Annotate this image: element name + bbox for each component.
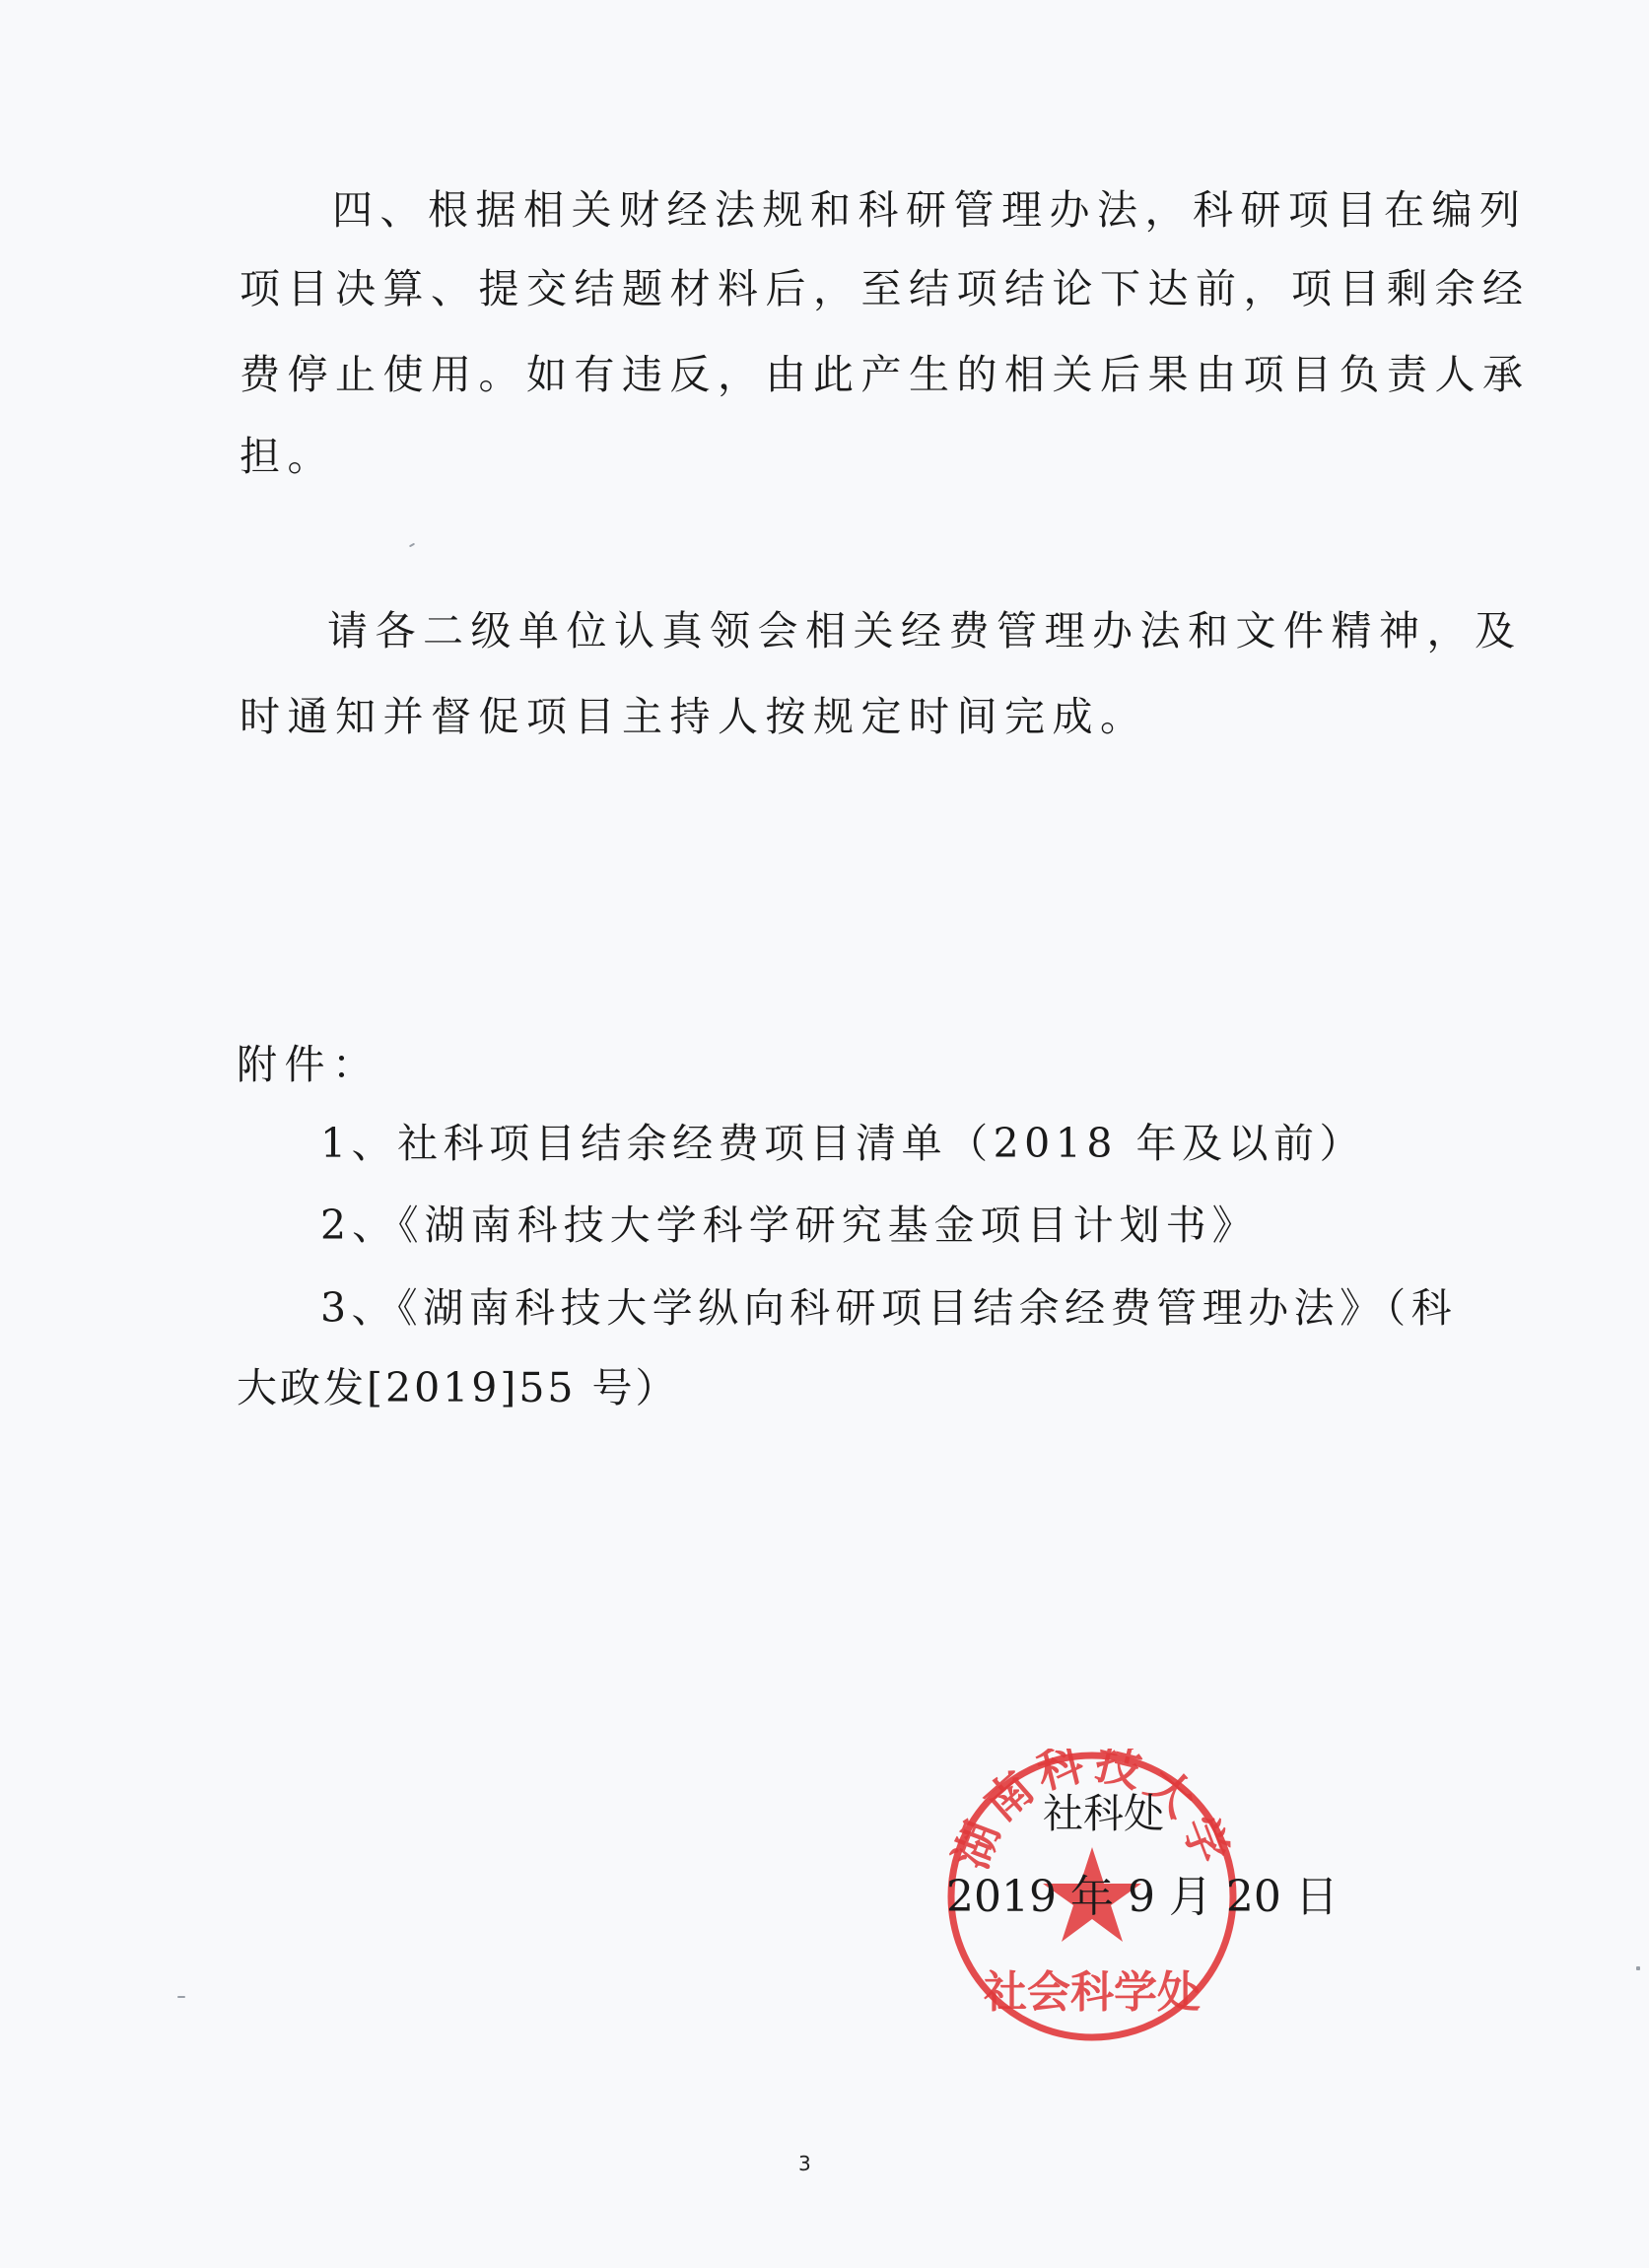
scan-speck bbox=[409, 543, 415, 548]
paragraph-4-line-4: 担。 bbox=[240, 432, 335, 481]
closing-paragraph-line-2: 时通知并督促项目主持人按规定时间完成。 bbox=[240, 692, 1148, 741]
paragraph-4-line-3: 费停止使用。如有违反，由此产生的相关后果由项目负责人承 bbox=[240, 350, 1531, 399]
paragraph-4-line-2: 项目决算、提交结题材料后，至结项结论下达前，项目剩余经 bbox=[240, 264, 1531, 313]
signature-office: 社科处 bbox=[1043, 1789, 1164, 1838]
svg-text:社会科学处: 社会科学处 bbox=[984, 1967, 1201, 2018]
closing-paragraph-line-1: 请各二级单位认真领会相关经费管理办法和文件精神，及 bbox=[327, 606, 1523, 655]
scan-speck bbox=[177, 1996, 185, 1998]
attachments-heading: 附件： bbox=[237, 1040, 380, 1089]
paragraph-4-line-1: 四、根据相关财经法规和科研管理办法，科研项目在编列 bbox=[332, 185, 1528, 235]
document-page: 四、根据相关财经法规和科研管理办法，科研项目在编列 项目决算、提交结题材料后，至… bbox=[0, 0, 1649, 2268]
attachment-item-3: 3、《湖南科技大学纵向科研项目结余经费管理办法》（科 bbox=[320, 1283, 1457, 1333]
attachment-item-2: 2、《湖南科技大学科学研究基金项目计划书》 bbox=[320, 1201, 1259, 1250]
scan-speck bbox=[1636, 1966, 1640, 1970]
attachment-item-1: 1、社科项目结余经费项目清单（2018 年及以前） bbox=[320, 1119, 1365, 1168]
page-number: 3 bbox=[798, 2152, 811, 2175]
signature-date: 2019 年 9 月 20 日 bbox=[946, 1873, 1339, 1922]
attachment-item-3-continuation: 大政发[2019]55 号） bbox=[237, 1363, 679, 1412]
